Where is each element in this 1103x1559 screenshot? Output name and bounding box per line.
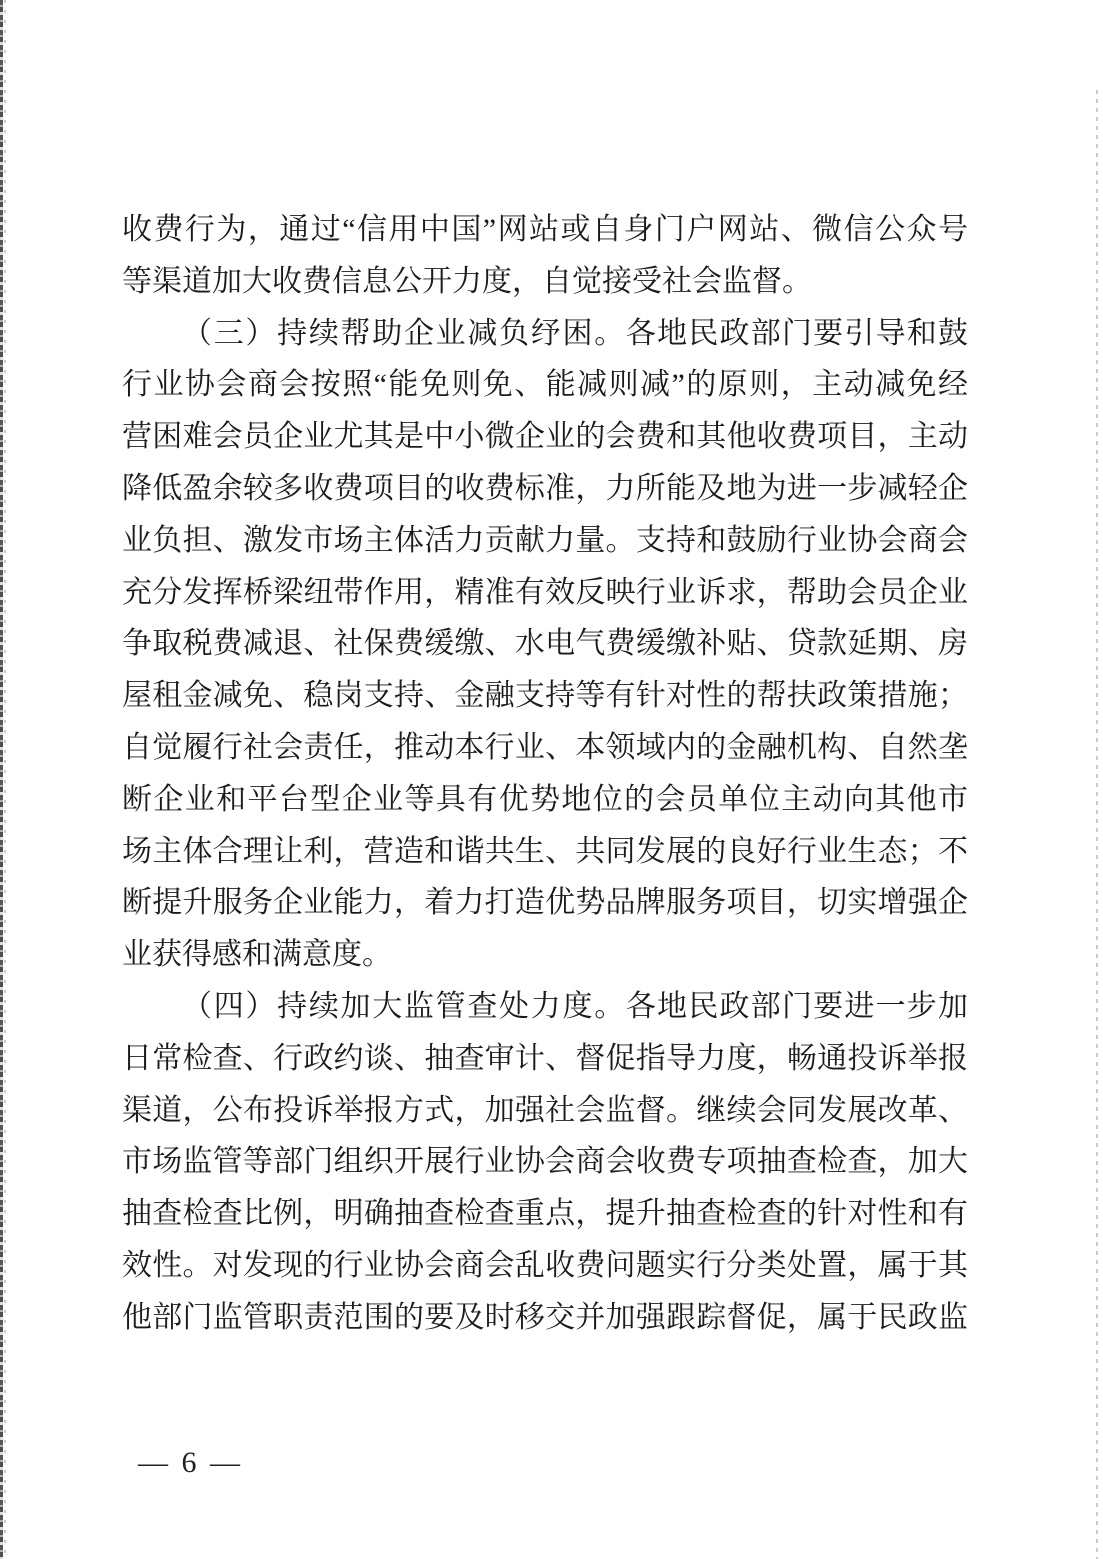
line-text: 争取税费减退、社保费缓缴、水电气费缓缴补贴、贷款延期、房: [122, 627, 968, 660]
text-line-20: 抽查检查比例，明确抽查检查重点，提升抽查检查的针对性和有: [122, 1188, 968, 1240]
text-line-5: 营困难会员企业尤其是中小微企业的会费和其他收费项目，主动: [122, 411, 968, 463]
document-page: 收费行为，通过“信用中国”网站或自身门户网站、微信公众号 等渠道加大收费信息公开…: [0, 0, 1103, 1559]
text-line-7: 业负担、激发市场主体活力贡献力量。支持和鼓励行业协会商会: [122, 515, 968, 567]
text-line-15: 业获得感和满意度。: [122, 929, 968, 981]
document-body: 收费行为，通过“信用中国”网站或自身门户网站、微信公众号 等渠道加大收费信息公开…: [122, 204, 968, 1344]
line-text: 效性。对发现的行业协会商会乱收费问题实行分类处置，属于其: [122, 1249, 968, 1282]
scan-edge-right-artifact: [1096, 90, 1098, 1559]
line-text: 自觉履行社会责任，推动本行业、本领域内的金融机构、自然垄: [122, 731, 968, 764]
line-text: 日常检查、行政约谈、抽查审计、督促指导力度，畅通投诉举报: [122, 1042, 968, 1075]
text-line-1: 收费行为，通过“信用中国”网站或自身门户网站、微信公众号: [122, 204, 968, 256]
text-line-8: 充分发挥桥梁纽带作用，精准有效反映行业诉求，帮助会员企业: [122, 567, 968, 619]
text-line-6: 降低盈余较多收费项目的收费标准，力所能及地为进一步减轻企: [122, 463, 968, 515]
text-line-17: 日常检查、行政约谈、抽查审计、督促指导力度，畅通投诉举报: [122, 1033, 968, 1085]
line-text: 营困难会员企业尤其是中小微企业的会费和其他收费项目，主动: [122, 420, 968, 453]
line-text: 等渠道加大收费信息公开力度，自觉接受社会监督。: [122, 265, 812, 298]
line-text: 断企业和平台型企业等具有优势地位的会员单位主动向其他市: [122, 783, 968, 816]
text-line-3: （三）持续帮助企业减负纾困。各地民政部门要引导和鼓励: [122, 308, 968, 360]
scan-edge-left-speckle: [4, 0, 6, 1559]
section-4-heading: （四）持续加大监管查处力度。: [182, 990, 626, 1023]
line-text: 充分发挥桥梁纽带作用，精准有效反映行业诉求，帮助会员企业: [122, 576, 968, 609]
line-text: 断提升服务企业能力，着力打造优势品牌服务项目，切实增强企: [122, 886, 968, 919]
line-text: 收费行为，通过“信用中国”网站或自身门户网站、微信公众号: [122, 213, 968, 246]
text-line-9: 争取税费减退、社保费缓缴、水电气费缓缴补贴、贷款延期、房: [122, 618, 968, 670]
text-line-22: 他部门监管职责范围的要及时移交并加强跟踪督促，属于民政监: [122, 1292, 968, 1344]
scan-edge-left-artifact: [0, 0, 3, 1559]
text-line-10: 屋租金减免、稳岗支持、金融支持等有针对性的帮扶政策措施；: [122, 670, 968, 722]
line-text: 屋租金减免、稳岗支持、金融支持等有针对性的帮扶政策措施；: [122, 679, 968, 712]
text-line-2: 等渠道加大收费信息公开力度，自觉接受社会监督。: [122, 256, 968, 308]
section-3-heading: （三）持续帮助企业减负纾困。: [182, 317, 626, 350]
line-text: 行业协会商会按照“能免则免、能减则减”的原则，主动减免经: [122, 368, 968, 401]
text-line-14: 断提升服务企业能力，着力打造优势品牌服务项目，切实增强企: [122, 877, 968, 929]
text-line-18: 渠道，公布投诉举报方式，加强社会监督。继续会同发展改革、: [122, 1085, 968, 1137]
text-line-11: 自觉履行社会责任，推动本行业、本领域内的金融机构、自然垄: [122, 722, 968, 774]
line-text: 场主体合理让利，营造和谐共生、共同发展的良好行业生态；不: [122, 835, 968, 868]
page-number: — 6 —: [138, 1446, 243, 1480]
text-line-16: （四）持续加大监管查处力度。各地民政部门要进一步加大: [122, 981, 968, 1033]
text-line-21: 效性。对发现的行业协会商会乱收费问题实行分类处置，属于其: [122, 1240, 968, 1292]
text-line-4: 行业协会商会按照“能免则免、能减则减”的原则，主动减免经: [122, 359, 968, 411]
line-text: 业负担、激发市场主体活力贡献力量。支持和鼓励行业协会商会: [122, 524, 968, 557]
line-text: 渠道，公布投诉举报方式，加强社会监督。继续会同发展改革、: [122, 1094, 968, 1127]
text-line-12: 断企业和平台型企业等具有优势地位的会员单位主动向其他市: [122, 774, 968, 826]
line-text: 业获得感和满意度。: [122, 938, 392, 971]
line-text: 降低盈余较多收费项目的收费标准，力所能及地为进一步减轻企: [122, 472, 968, 505]
text-line-13: 场主体合理让利，营造和谐共生、共同发展的良好行业生态；不: [122, 826, 968, 878]
line-text: 市场监管等部门组织开展行业协会商会收费专项抽查检查，加大: [122, 1145, 968, 1178]
line-text: 抽查检查比例，明确抽查检查重点，提升抽查检查的针对性和有: [122, 1197, 968, 1230]
line-text: 他部门监管职责范围的要及时移交并加强跟踪督促，属于民政监: [122, 1301, 968, 1334]
text-line-19: 市场监管等部门组织开展行业协会商会收费专项抽查检查，加大: [122, 1136, 968, 1188]
